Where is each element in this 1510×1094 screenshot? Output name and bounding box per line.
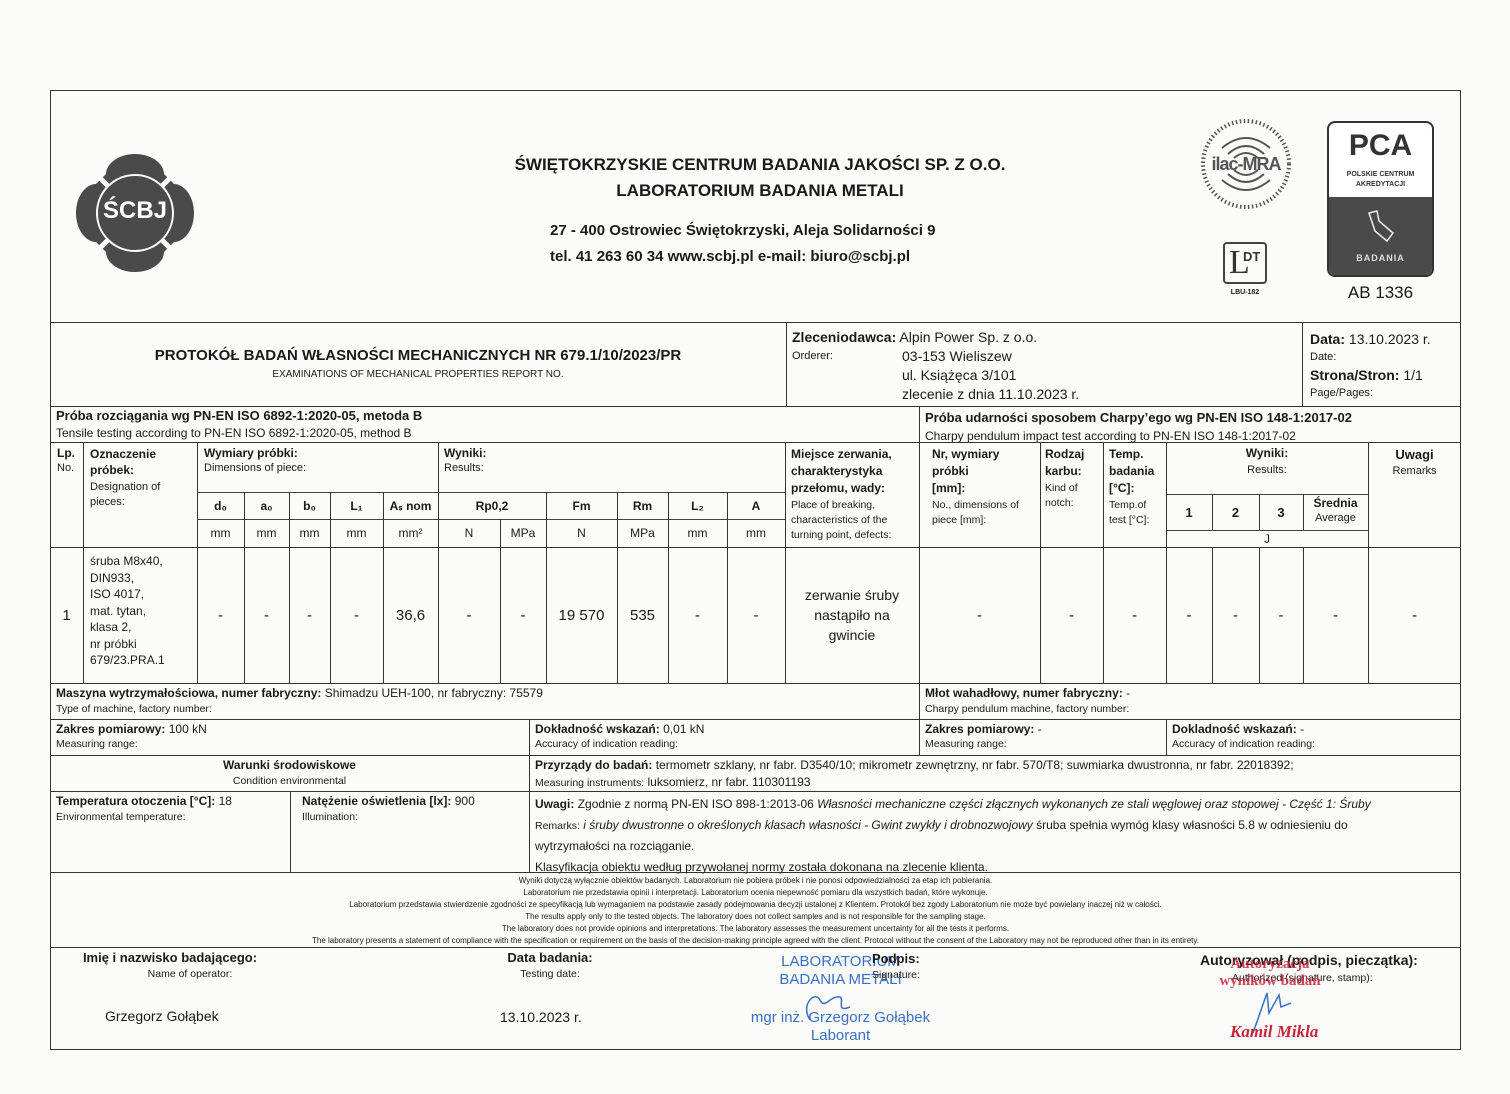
instruments-label-en: Measuring instruments: [535, 777, 644, 789]
pendulum-range-label-en: Measuring range: [925, 738, 1042, 750]
symbol-cell: d₀ [197, 492, 244, 519]
pca-title: PCA [1329, 129, 1432, 163]
charpy-results-label: Wyniki: [1166, 446, 1368, 460]
machine-label-en: Type of machine, factory number: [56, 703, 543, 715]
lab-name: LABORATORIUM BADANIA METALI [440, 178, 1080, 204]
symbol-cell: Fm [546, 492, 617, 519]
page-label: Strona/Stron: [1310, 367, 1399, 383]
remarks-text4: Klasyfikacja obiektu według przywołanej … [535, 857, 1455, 878]
stamp-role: Laborant [728, 1027, 953, 1045]
unit-cell: mm [727, 519, 785, 547]
value-cell: 19 570 [546, 547, 617, 683]
row-designation: śruba M8x40,DIN933,ISO 4017,mat. tytan,k… [90, 553, 195, 669]
charpy-col-3: 3 [1259, 494, 1303, 530]
value-cell: - [668, 547, 727, 683]
pendulum-range-label: Zakres pomiarowy: [925, 722, 1034, 736]
symbol-cell: Aₛ nom [383, 492, 438, 519]
charpy-col-1: 1 [1166, 494, 1212, 530]
col-notch: Rodzajkarbu: [1045, 446, 1100, 480]
scbj-logo: ŚCBJ [72, 150, 198, 276]
operator-label-en: Name of operator: [90, 968, 290, 980]
symbol-cell: L₂ [668, 492, 727, 519]
page-value: 1/1 [1403, 367, 1422, 383]
unit-cell: mm² [383, 519, 438, 547]
ilac-mra-logo: ilac-MRA [1200, 118, 1292, 210]
pendulum-accuracy-value: - [1300, 722, 1304, 736]
unit-cell: mm [330, 519, 383, 547]
ldt-text: DT [1243, 249, 1260, 264]
value-cell: - [500, 547, 546, 683]
unit-cell: mm [289, 519, 330, 547]
disclaimer-line: The laboratory does not provide opinions… [50, 923, 1461, 935]
charpy-value-cell: - [919, 547, 1040, 683]
value-cell: 535 [617, 547, 668, 683]
pendulum-value: - [1126, 686, 1130, 700]
row-lp: 1 [50, 547, 83, 683]
remarks-label-en: Remarks: [535, 820, 580, 832]
pca-sub1: POLSKIE CENTRUM [1329, 171, 1432, 178]
value-cell: - [727, 547, 785, 683]
orderer-city: 03-153 Wieliszew [902, 347, 1012, 366]
red-stamp-line1: Autoryzacja [1205, 956, 1335, 973]
order-date: zlecenie z dnia 11.10.2023 r. [792, 385, 1297, 404]
charpy-col-average: Średnia Average [1303, 496, 1368, 526]
accuracy-label-en: Accuracy of indication reading: [535, 738, 704, 750]
company-contact: tel. 41 263 60 34 www.scbj.pl e-mail: bi… [550, 243, 910, 271]
col-break-place: Miejsce zerwania,charakterystykaprzełomu… [791, 446, 917, 497]
operator-label: Imię i nazwisko badającego: [60, 950, 280, 965]
col-remarks: Uwagi [1368, 447, 1461, 462]
disclaimer-line: Laboratorium przedstawia stwierdzenie zg… [50, 899, 1461, 911]
symbol-cell: a₀ [244, 492, 289, 519]
instruments-block: Przyrządy do badań: termometr szklany, n… [535, 758, 1455, 789]
average-label-en: Average [1303, 511, 1368, 526]
illumination-value: 900 [455, 794, 475, 808]
pendulum-accuracy-label-en: Accuracy of indication reading: [1172, 738, 1315, 750]
col-lp: Lp. [57, 446, 75, 460]
signature-label: Podpis: [872, 951, 920, 966]
col-dimensions: Wymiary próbki: [204, 446, 298, 460]
orderer-label: Zleceniodawca: [792, 329, 896, 345]
orderer-block: Zleceniodawca: Alpin Power Sp. z o.o. Or… [792, 328, 1297, 404]
col-sample-nr-en: No., dimensions ofpiece [mm]: [932, 498, 1037, 528]
accuracy-value: 0,01 kN [663, 722, 704, 736]
remarks-text2: śruba spełnia wymóg klasy własności 5.8 … [1036, 818, 1348, 832]
signature-label-en: Signature: [872, 969, 920, 981]
report-title: PROTOKÓŁ BADAŃ WŁASNOŚCI MECHANICZNYCH N… [50, 347, 786, 364]
pendulum-range-value: - [1038, 722, 1042, 736]
orderer-label-en: Orderer: [792, 347, 902, 366]
value-cell: - [289, 547, 330, 683]
unit-cell: mm [668, 519, 727, 547]
unit-cell: MPa [617, 519, 668, 547]
disclaimer-line: The results apply only to the tested obj… [50, 911, 1461, 923]
value-cell: - [438, 547, 500, 683]
pendulum-label-en: Charpy pendulum machine, factory number: [925, 703, 1130, 715]
operator-name: Grzegorz Gołąbek [105, 1008, 219, 1024]
charpy-value-cell: - [1212, 547, 1259, 683]
temperature-label-en: Environmental temperature: [56, 811, 232, 823]
value-cell: 36,6 [383, 547, 438, 683]
pca-badania: BADANIA [1329, 253, 1432, 263]
remarks-block: Uwagi: Zgodnie z normą PN-EN ISO 898-1:2… [535, 794, 1455, 877]
col-remarks-en: Remarks [1368, 465, 1461, 477]
accuracy-label: Dokładność wskazań: [535, 722, 660, 736]
disclaimer: Wyniki dotyczą wyłącznie obiektów badany… [50, 875, 1461, 947]
range-value: 100 kN [169, 722, 207, 736]
charpy-value-cell: - [1368, 547, 1461, 683]
unit-cell: N [438, 519, 500, 547]
remarks-text3: wytrzymałości na rozciąganie. [535, 836, 1455, 857]
pendulum-range-block: Zakres pomiarowy: - Measuring range: [925, 722, 1042, 750]
instruments-value2: luksomierz, nr fabr. 110301193 [647, 775, 810, 789]
orderer-street: ul. Książęca 3/101 [792, 366, 1297, 385]
pca-logo: PCA POLSKIE CENTRUM AKREDYTACJI BADANIA [1327, 121, 1434, 277]
machine-label: Maszyna wytrzymałościowa, numer fabryczn… [56, 686, 321, 700]
charpy-unit: J [1166, 530, 1368, 547]
charpy-value-cell: - [1166, 547, 1212, 683]
pendulum-accuracy-label: Dokladność wskazań: [1172, 722, 1297, 736]
pca-sub2: AKREDYTACJI [1329, 181, 1432, 188]
illumination-label: Natężenie oświetlenia [lx]: [302, 794, 451, 808]
col-notch-en: Kind ofnotch: [1045, 481, 1100, 511]
col-designation-en: Designation of pieces: [90, 480, 180, 510]
symbol-cell: Rp0,2 [438, 492, 546, 519]
unit-cell: MPa [500, 519, 546, 547]
machine-block: Maszyna wytrzymałościowa, numer fabryczn… [56, 686, 543, 715]
env-title-en: Condition environmental [50, 775, 529, 787]
accuracy-block: Dokładność wskazań: 0,01 kN Accuracy of … [535, 722, 704, 750]
col-break-place-en: Place of breaking,characteristics of the… [791, 498, 917, 543]
disclaimer-line: Laboratorium nie przedstawia opinii i in… [50, 887, 1461, 899]
testing-date-label: Data badania: [490, 950, 610, 965]
average-label: Średnia [1303, 496, 1368, 511]
company-name: ŚWIĘTOKRZYSKIE CENTRUM BADANIA JAKOŚCI S… [440, 152, 1080, 178]
symbol-cell: b₀ [289, 492, 330, 519]
ldt-logo: L DT [1223, 242, 1267, 284]
unit-cell: mm [244, 519, 289, 547]
charpy-title: Próba udarności sposobem Charpy’ego wg P… [925, 410, 1352, 425]
charpy-value-cell: - [1103, 547, 1166, 683]
date-block: Data: 13.10.2023 r. Date: Strona/Stron: … [1310, 330, 1455, 402]
range-label: Zakres pomiarowy: [56, 722, 165, 736]
ldt-code: LBU-182 [1220, 289, 1270, 296]
operator-signature-icon [790, 985, 860, 1025]
value-cell: - [330, 547, 383, 683]
report-subtitle: EXAMINATIONS OF MECHANICAL PROPERTIES RE… [50, 369, 786, 380]
disclaimer-line: The laboratory presents a statement of c… [50, 935, 1461, 947]
value-cell: - [244, 547, 289, 683]
remarks-text1: Zgodnie z normą PN-EN ISO 898-1:2013-06 [578, 797, 814, 811]
symbol-cell: L₁ [330, 492, 383, 519]
instruments-value: termometr szklany, nr fabr. D3540/10; mi… [656, 758, 1294, 772]
tensile-title: Próba rozciągania wg PN-EN ISO 6892-1:20… [56, 408, 422, 423]
date-label-en: Date: [1310, 348, 1455, 366]
symbol-cell: Rm [617, 492, 668, 519]
charpy-results-label-en: Results: [1166, 464, 1368, 476]
page-label-en: Page/Pages: [1310, 384, 1455, 402]
pendulum-block: Młot wahadłowy, numer fabryczny: - Charp… [925, 686, 1130, 715]
orderer-name: Alpin Power Sp. z o.o. [899, 329, 1037, 345]
charpy-value-cell: - [1303, 547, 1368, 683]
pendulum-label: Młot wahadłowy, numer fabryczny: [925, 686, 1123, 700]
temperature-block: Temperatura otoczenia [°C]: 18 Environme… [56, 794, 232, 823]
charpy-title-en: Charpy pendulum impact test according to… [925, 429, 1296, 443]
symbol-cell: A [727, 492, 785, 519]
ilac-text: ilac-MRA [1200, 154, 1292, 175]
illumination-label-en: Illumination: [302, 811, 475, 823]
temperature-label: Temperatura otoczenia [°C]: [56, 794, 215, 808]
col-temp: Temp.badania[°C]: [1109, 446, 1164, 497]
illumination-block: Natężenie oświetlenia [lx]: 900 Illumina… [302, 794, 475, 823]
logo-text: ŚCBJ [72, 197, 198, 225]
remarks-text1-italic: Własności mechaniczne części złącznych w… [817, 797, 1371, 811]
col-lp-en: No. [57, 462, 74, 474]
tensile-title-en: Tensile testing according to PN-EN ISO 6… [56, 426, 412, 440]
pca-code: AB 1336 [1327, 283, 1434, 303]
instruments-label: Przyrządy do badań: [535, 758, 652, 772]
remarks-text2-italic: i śruby dwustronne o określonych klasach… [583, 818, 1033, 832]
row-break-place: zerwanie śrubynastąpiło nagwincie [785, 547, 919, 683]
range-block: Zakres pomiarowy: 100 kN Measuring range… [56, 722, 207, 750]
col-results: Wyniki: [444, 446, 486, 460]
col-sample-nr: Nr, wymiarypróbki[mm]: [932, 446, 1037, 497]
charpy-value-cell: - [1259, 547, 1303, 683]
remarks-label: Uwagi: [535, 797, 574, 811]
authorizer-name: Kamil Mikla [1230, 1022, 1318, 1042]
charpy-col-2: 2 [1212, 494, 1259, 530]
pendulum-accuracy-block: Dokladność wskazań: - Accuracy of indica… [1172, 722, 1315, 750]
testing-date-label-en: Testing date: [490, 968, 610, 980]
disclaimer-line: Wyniki dotyczą wyłącznie obiektów badany… [50, 875, 1461, 887]
charpy-value-cell: - [1040, 547, 1103, 683]
col-dimensions-en: Dimensions of piece: [204, 462, 306, 474]
value-cell: - [197, 547, 244, 683]
unit-cell: mm [197, 519, 244, 547]
temperature-value: 18 [219, 794, 232, 808]
date-value: 13.10.2023 r. [1349, 331, 1431, 347]
pca-dark-panel: BADANIA [1329, 197, 1432, 277]
env-title: Warunki środowiskowe [50, 758, 529, 772]
date-label: Data: [1310, 331, 1345, 347]
unit-cell: N [546, 519, 617, 547]
testing-date-value: 13.10.2023 r. [500, 1009, 582, 1025]
company-address: 27 - 400 Ostrowiec Świętokrzyski, Aleja … [550, 217, 935, 245]
col-results-en: Results: [444, 462, 484, 474]
col-designation: Oznaczenie próbek: [90, 446, 190, 478]
flask-icon [1365, 209, 1397, 243]
col-temp-en: Temp.oftest [°C]: [1109, 498, 1164, 528]
machine-value: Shimadzu UEH-100, nr fabryczny: 75579 [325, 686, 543, 700]
range-label-en: Measuring range: [56, 738, 207, 750]
